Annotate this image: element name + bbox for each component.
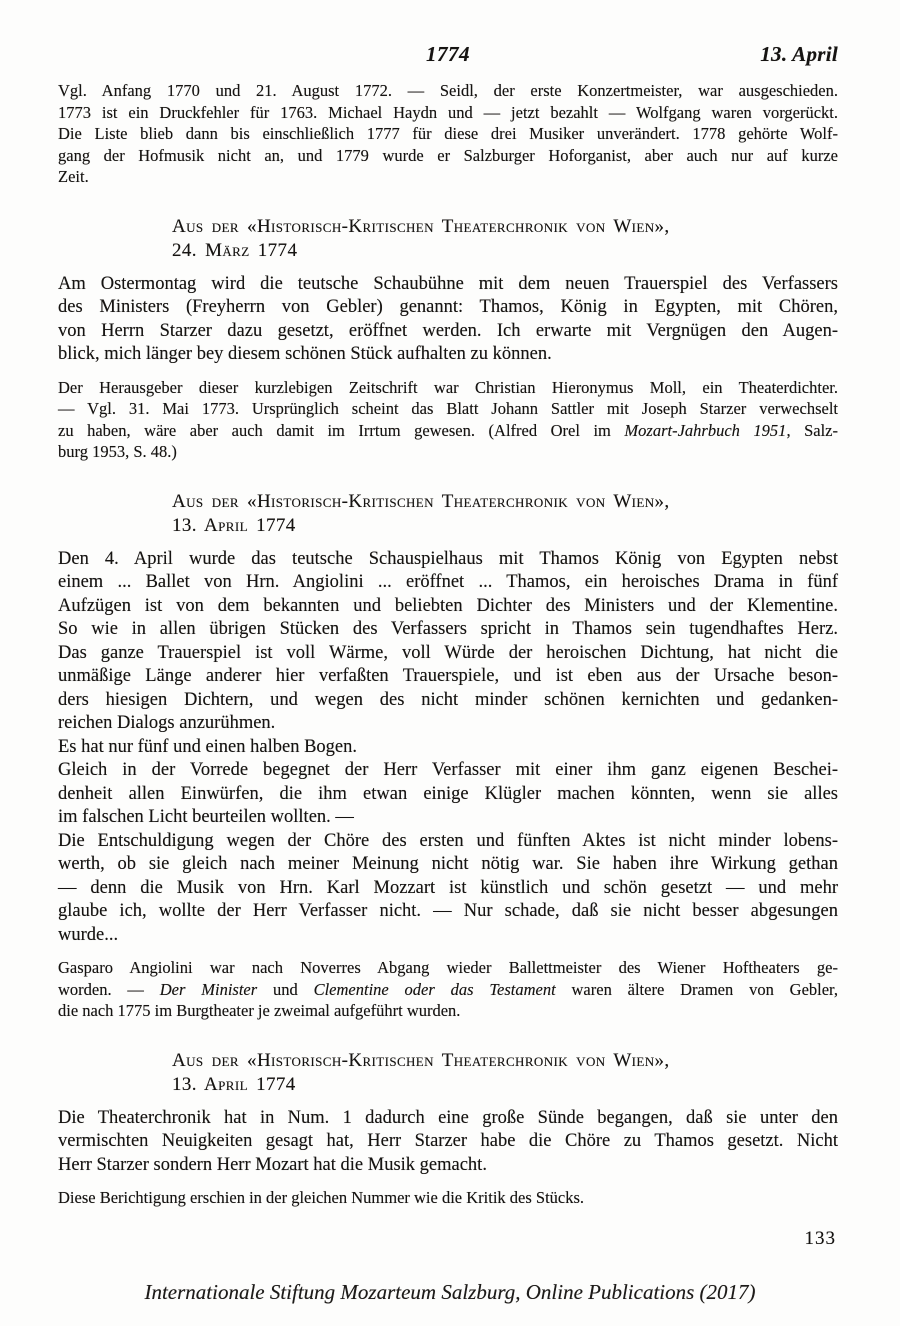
scanned-book-page: 1774 13. April Vgl. Anfang 1770 und 21. … (0, 0, 900, 1326)
text-line: So wie in allen übrigen Stücken des Verf… (58, 618, 838, 642)
text-line: 13. April 1774 (172, 1073, 838, 1098)
text-line: zu haben, wäre aber auch damit im Irrtum… (58, 420, 838, 442)
text-column: 1774 13. April Vgl. Anfang 1770 und 21. … (58, 42, 838, 1209)
text-line: reichen Dialogs anzurühmen. (58, 712, 838, 736)
text-line: Die Liste blieb dann bis einschließlich … (58, 123, 838, 145)
text-line: 24. März 1774 (172, 239, 838, 264)
text-line: Herr Starzer sondern Herr Mozart hat die… (58, 1154, 838, 1178)
text-line: im falschen Licht beurteilen wollten. — (58, 806, 838, 830)
plain-text: waren ältere Dramen von Gebler, (556, 980, 838, 999)
text-line: Die Entschuldigung wegen der Chöre des e… (58, 830, 838, 854)
footer-credit: Internationale Stiftung Mozarteum Salzbu… (0, 1280, 900, 1305)
text-line: Gleich in der Vorrede begegnet der Herr … (58, 759, 838, 783)
text-line: Am Ostermontag wird die teutsche Schaubü… (58, 273, 838, 297)
text-line: Zeit. (58, 166, 838, 188)
text-line: Der Herausgeber dieser kurzlebigen Zeits… (58, 377, 838, 399)
text-line: glaube ich, wollte der Herr Verfasser ni… (58, 900, 838, 924)
text-line: wurde... (58, 924, 838, 948)
text-line: 13. April 1774 (172, 514, 838, 539)
commentary-paragraph: Der Herausgeber dieser kurzlebigen Zeits… (58, 377, 838, 463)
text-line: werth, ob sie gleich nach meiner Meinung… (58, 853, 838, 877)
text-line: burg 1953, S. 48.) (58, 441, 838, 463)
text-line: blick, mich länger bey diesem schönen St… (58, 343, 838, 367)
plain-text: und (257, 980, 313, 999)
text-line: Es hat nur fünf und einen halben Bogen. (58, 736, 838, 760)
text-line: Die Theaterchronik hat in Num. 1 dadurch… (58, 1107, 838, 1131)
quotation-paragraph: Die Entschuldigung wegen der Chöre des e… (58, 830, 838, 948)
quotation-paragraph: Die Theaterchronik hat in Num. 1 dadurch… (58, 1107, 838, 1178)
text-line: Diese Berichtigung erschien in der gleic… (58, 1187, 838, 1209)
text-line: denheit allen Einwürfen, die ihm etwan e… (58, 783, 838, 807)
section-heading: Aus der «Historisch-Kritischen Theaterch… (58, 1049, 838, 1098)
header-date: 13. April (760, 42, 838, 67)
commentary-paragraph: Diese Berichtigung erschien in der gleic… (58, 1187, 838, 1209)
header-year: 1774 (58, 42, 838, 67)
text-line: einem ... Ballet von Hrn. Angiolini ... … (58, 571, 838, 595)
text-line: unmäßige Länge anderer hier verfaßten Tr… (58, 665, 838, 689)
text-line: die nach 1775 im Burgtheater je zweimal … (58, 1000, 838, 1022)
italic-title-text: Der Minister (160, 980, 257, 999)
italic-title-text: Clementine oder das Testament (314, 980, 556, 999)
text-line: gang der Hofmusik nicht an, und 1779 wur… (58, 145, 838, 167)
text-line: Aus der «Historisch-Kritischen Theaterch… (172, 215, 838, 240)
section-heading: Aus der «Historisch-Kritischen Theaterch… (58, 215, 838, 264)
text-line: des Ministers (Freyherrn von Gebler) gen… (58, 296, 838, 320)
text-line: ders hiesigen Dichtern, und wegen des ni… (58, 689, 838, 713)
text-line: 1773 ist ein Druckfehler für 1763. Micha… (58, 102, 838, 124)
plain-text: , Salz- (786, 421, 838, 440)
italic-title-text: Mozart-Jahrbuch 1951 (624, 421, 786, 440)
text-line: von Herrn Starzer dazu gesetzt, eröffnet… (58, 320, 838, 344)
content-blocks: Vgl. Anfang 1770 und 21. August 1772. — … (58, 80, 838, 1209)
plain-text: zu haben, wäre aber auch damit im Irrtum… (58, 421, 624, 440)
running-header: 1774 13. April (58, 42, 838, 68)
quotation-paragraph: Den 4. April wurde das teutsche Schauspi… (58, 548, 838, 736)
quotation-paragraph: Am Ostermontag wird die teutsche Schaubü… (58, 273, 838, 367)
text-line: Aus der «Historisch-Kritischen Theaterch… (172, 1049, 838, 1074)
text-line: — Vgl. 31. Mai 1773. Ursprünglich schein… (58, 398, 838, 420)
commentary-paragraph: Gasparo Angiolini war nach Noverres Abga… (58, 957, 838, 1022)
quotation-paragraph: Gleich in der Vorrede begegnet der Herr … (58, 759, 838, 830)
text-line: Aufzügen ist von dem bekannten und belie… (58, 595, 838, 619)
quotation-paragraph: Es hat nur fünf und einen halben Bogen. (58, 736, 838, 760)
text-line: worden. — Der Minister und Clementine od… (58, 979, 838, 1001)
commentary-paragraph: Vgl. Anfang 1770 und 21. August 1772. — … (58, 80, 838, 188)
text-line: vermischten Neuigkeiten gesagt hat, Herr… (58, 1130, 838, 1154)
plain-text: worden. — (58, 980, 160, 999)
text-line: Gasparo Angiolini war nach Noverres Abga… (58, 957, 838, 979)
text-line: Das ganze Trauerspiel ist voll Wärme, vo… (58, 642, 838, 666)
text-line: Vgl. Anfang 1770 und 21. August 1772. — … (58, 80, 838, 102)
text-line: Den 4. April wurde das teutsche Schauspi… (58, 548, 838, 572)
text-line: Aus der «Historisch-Kritischen Theaterch… (172, 490, 838, 515)
section-heading: Aus der «Historisch-Kritischen Theaterch… (58, 490, 838, 539)
page-number: 133 (805, 1228, 837, 1250)
text-line: — denn die Musik von Hrn. Karl Mozzart i… (58, 877, 838, 901)
